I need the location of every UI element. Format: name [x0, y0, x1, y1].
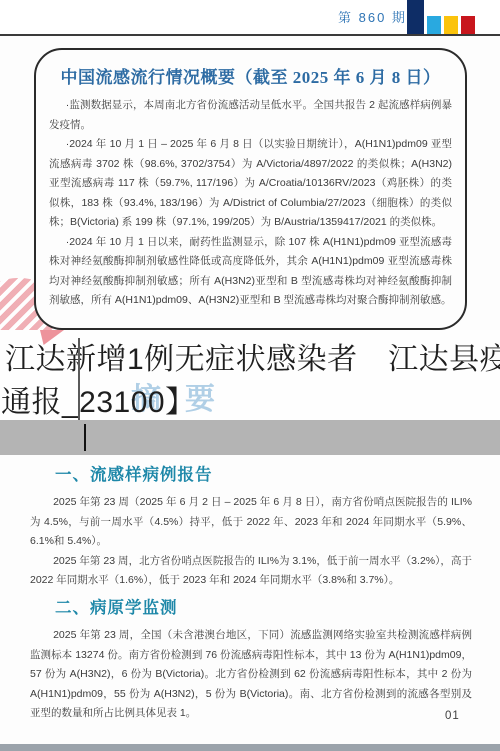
- section-paragraph: 2025 年第 23 周，全国（未含港澳台地区，下同）流感监测网络实验室共检测流…: [30, 626, 472, 724]
- report-page: 第 860 期 中国流感流行情况概要（截至 2025 年 6 月 8 日） ·监…: [0, 0, 500, 751]
- summary-box: 中国流感流行情况概要（截至 2025 年 6 月 8 日） ·监测数据显示，本周…: [34, 48, 467, 330]
- logo-block-navy: [407, 0, 424, 34]
- section-paragraph: 2025 年第 23 周，北方省份哨点医院报告的 ILI%为 3.1%，低于前一…: [30, 552, 472, 591]
- bottom-bar: [0, 744, 500, 751]
- divider-line: [78, 338, 80, 420]
- logo-block-cyan: [427, 16, 441, 34]
- section-body-etiology-surveillance: 2025 年第 23 周，全国（未含港澳台地区，下同）流感监测网络实验室共检测流…: [30, 626, 472, 724]
- section-heading-ili-report: 一、流感样病例报告: [55, 461, 213, 485]
- issue-number: 第 860 期: [338, 7, 407, 26]
- section-heading-etiology-surveillance: 二、病原学监测: [55, 594, 178, 618]
- summary-paragraph: ·2024 年 10 月 1 日 – 2025 年 6 月 8 日（以实验日期统…: [49, 135, 452, 233]
- summary-paragraph: ·2024 年 10 月 1 日以来，耐药性监测显示，除 107 株 A(H1N…: [49, 233, 452, 311]
- headline-overlay[interactable]: 摘要 江达新增1例无症状感染者 江达县疫情防控 通报_23100】: [0, 330, 500, 420]
- page-number: 01: [445, 710, 460, 722]
- summary-box-body: ·监测数据显示，本周南北方省份流感活动呈低水平。全国共报告 2 起流感样病例暴发…: [36, 96, 465, 311]
- section-paragraph: 2025 年第 23 周（2025 年 6 月 2 日 – 2025 年 6 月…: [30, 493, 472, 552]
- summary-box-title: 中国流感流行情况概要（截至 2025 年 6 月 8 日）: [46, 63, 455, 88]
- headline-line-2: 通报_23100】: [1, 377, 196, 420]
- logo-block-yellow: [444, 16, 458, 34]
- gray-band: [0, 420, 500, 455]
- masthead: 第 860 期: [0, 0, 500, 36]
- section-body-ili-report: 2025 年第 23 周（2025 年 6 月 2 日 – 2025 年 6 月…: [30, 493, 472, 591]
- summary-paragraph: ·监测数据显示，本周南北方省份流感活动呈低水平。全国共报告 2 起流感样病例暴发…: [49, 96, 452, 135]
- logo-block-red: [461, 16, 475, 34]
- text-cursor[interactable]: [84, 424, 86, 451]
